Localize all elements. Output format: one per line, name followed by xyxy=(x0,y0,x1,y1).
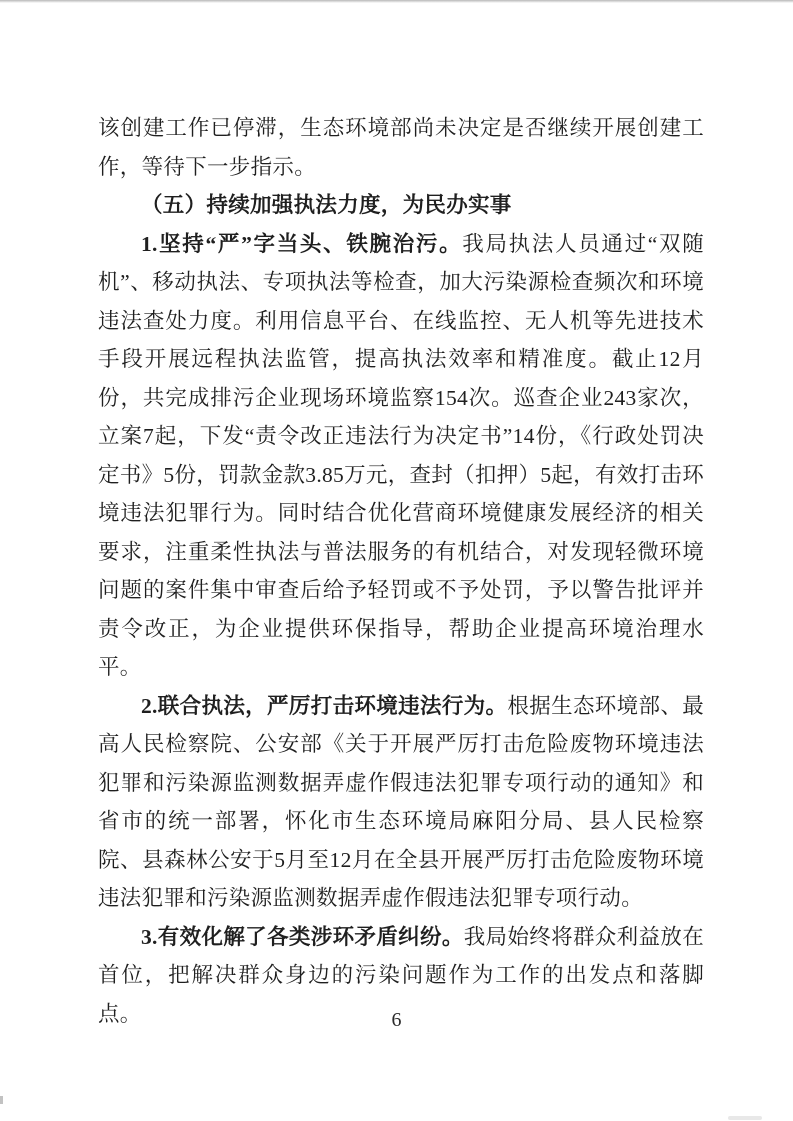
scan-smudge-artifact xyxy=(728,1116,762,1120)
page-number: 6 xyxy=(0,1005,793,1035)
paragraph-lead: 2.联合执法，严厉打击环境违法行为。 xyxy=(141,694,507,718)
paragraph-text: 根据生态环境部、最高人民检察院、公安部《关于开展严厉打击危险废物环境违法犯罪和污… xyxy=(98,694,704,911)
document-page: 该创建工作已停滞，生态环境部尚未决定是否继续开展创建工作，等待下一步指示。 （五… xyxy=(0,0,793,1121)
document-body: 该创建工作已停滞，生态环境部尚未决定是否继续开展创建工作，等待下一步指示。 （五… xyxy=(98,109,704,1033)
section-heading: （五）持续加强执法力度，为民办实事 xyxy=(98,186,704,225)
scan-speck-artifact xyxy=(0,1096,3,1104)
paragraph-lead: 1.坚持“严”字当头、铁腕治污。 xyxy=(141,232,462,256)
paragraph-text: 该创建工作已停滞，生态环境部尚未决定是否继续开展创建工作，等待下一步指示。 xyxy=(98,116,704,179)
paragraph-text: 我局执法人员通过“双随机”、移动执法、专项执法等检查，加大污染源检查频次和环境违… xyxy=(98,232,704,680)
section-heading-text: （五）持续加强执法力度，为民办实事 xyxy=(141,193,512,217)
paragraph-item-2: 2.联合执法，严厉打击环境违法行为。根据生态环境部、最高人民检察院、公安部《关于… xyxy=(98,687,704,918)
scan-edge-artifact xyxy=(0,0,793,3)
paragraph-item-1: 1.坚持“严”字当头、铁腕治污。我局执法人员通过“双随机”、移动执法、专项执法等… xyxy=(98,225,704,687)
paragraph-continuation: 该创建工作已停滞，生态环境部尚未决定是否继续开展创建工作，等待下一步指示。 xyxy=(98,109,704,186)
paragraph-lead: 3.有效化解了各类涉环矛盾纠纷。 xyxy=(141,925,464,949)
